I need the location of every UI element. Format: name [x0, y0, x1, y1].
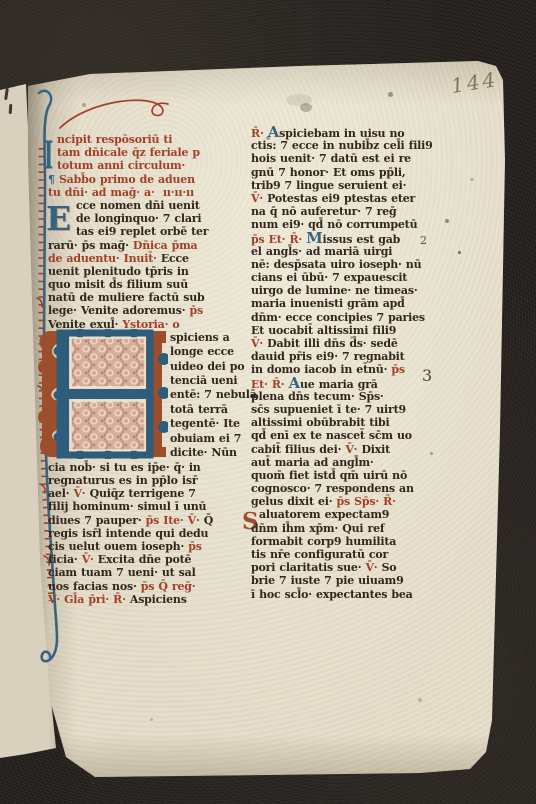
text-segment: diues 7 pauper· [48, 514, 146, 527]
text-segment: Aspiciens [130, 593, 187, 606]
text-line: de aduentu· Inuit̄· Ecce [48, 252, 246, 265]
text-segment: ael· [48, 487, 73, 500]
text-line: totum anni circulum· [48, 159, 246, 172]
pen-swash [56, 88, 206, 132]
text-segment: totā terrā [170, 403, 228, 416]
text-line: cis uelut ouem ioseph· p̄s [48, 540, 246, 553]
initial-row: spiciens alonge ecceuideo dei potenciā u… [48, 331, 246, 461]
text-line: plena dn̄s tecum· Sp̄s· [251, 390, 447, 403]
text-line: regnaturus es in pp̄lo isr̄ [48, 474, 246, 487]
text-line: dn̄m ih̄m xp̄m· Qui ref [251, 522, 447, 535]
text-line: gelus dixit ei· p̄s Sp̄s· R̄· [251, 495, 447, 508]
text-line: formabit corp9 humilita [251, 535, 447, 548]
text-line: nē: desp̄sata uiro ioseph· nū [251, 258, 447, 271]
text-segment: uenit plenitudo tp̄ris in [48, 265, 189, 278]
text-line: ¶ Sabb̄o primo de aduen [48, 173, 246, 186]
text-segment: V̄· [73, 487, 89, 500]
text-segment: uos facias nos· [48, 580, 141, 593]
text-line: longe ecce [170, 345, 257, 359]
text-line: lege· Venite adoremus· p̄s [48, 304, 246, 317]
text-segment: brie 7 iuste 7 pie uiuam9 [251, 574, 404, 587]
text-line: quom̄ fiet istd̄ qm̄ uirū nō [251, 469, 447, 482]
text-segment: So [382, 561, 397, 574]
text-line: dicite· Nūn [170, 446, 257, 460]
text-line: R̄· Aspiciebam in uisu no [251, 126, 447, 139]
text-line: Incipit respōsoriū ti [48, 133, 246, 146]
text-line: totā terrā [170, 403, 257, 417]
rubric-section: Incipit respōsoriū titam dn̄icale q̄z fe… [48, 133, 246, 199]
text-segment: dn̄m ih̄m xp̄m· Qui ref [251, 522, 384, 535]
text-segment: regnaturus es in pp̄lo isr̄ [48, 474, 197, 487]
text-segment: Venite exul̄· [48, 318, 122, 331]
text-line: quo misit d̄s filium suū [48, 278, 246, 291]
text-line: p̄s Et· R̄· Missus est gab [251, 232, 447, 245]
text-line: spiciens a [170, 331, 257, 345]
text-segment: V̄· [251, 192, 267, 205]
text-segment: dn̄m· ecce concipies 7 paries [251, 311, 425, 324]
manuscript-photo: A 144 2 3 Incipit respōsoriū titam dn̄ic… [0, 0, 536, 804]
text-segment: uirgo de lumine· ne timeas· [251, 284, 417, 297]
text-line: tis nr̄e configuratū cor [251, 548, 447, 561]
text-line: regis isr̄l intende qui dedu [48, 527, 246, 540]
text-line: gnū 7 honor· Et oms pp̄li, [251, 166, 447, 179]
initial-wrapped-lines: spiciens alonge ecceuideo dei potenciā u… [170, 331, 257, 461]
text-line: Ecce nomen dn̄i uenit [48, 199, 246, 212]
text-segment: V̄· [365, 561, 381, 574]
text-line: Et uocabit̄ altissimi fili9 [251, 324, 447, 337]
text-segment: de longinquo· 7 clari [76, 212, 201, 225]
text-segment: quo misit d̄s filium suū [48, 278, 188, 291]
text-segment: ī hoc scl̄o· expectantes bea [251, 588, 413, 601]
text-segment: cabit̄ filius dei· [251, 443, 345, 456]
text-line: in domo iacob in et̄nū· p̄s [251, 363, 447, 376]
text-segment: maria inuenisti grām apd̄ [251, 297, 405, 310]
text-line: V̄· Potestas ei9 ptestas eter [251, 192, 447, 205]
text-line: uos facias nos· p̄s Q̄ reḡ· [48, 580, 246, 593]
text-segment: rarū· p̄s maḡ· [48, 239, 133, 252]
text-line: cabit̄ filius dei· V̄· Dixit [251, 443, 447, 456]
text-line: de longinquo· 7 clari [48, 212, 246, 225]
text-segment: nē: desp̄sata uiro ioseph· nū [251, 258, 421, 271]
text-line: pori claritatis sue· V̄· So [251, 561, 447, 574]
text-line: V̄· Dabit illi dn̄s d̄s· sedē [251, 337, 447, 350]
text-segment: p̄s Et· R̄· [251, 233, 306, 246]
text-line: cians ei ūbū· 7 expauescit [251, 271, 447, 284]
text-segment: aluatorem expectam9 [259, 508, 389, 521]
text-segment: formabit corp9 humilita [251, 535, 396, 548]
text-segment: tis nr̄e configuratū cor [251, 548, 388, 561]
text-segment: tas ei9 replet orbē ter [76, 225, 208, 238]
text-line: brie 7 iuste 7 pie uiuam9 [251, 574, 447, 587]
text-segment: p̄s [188, 540, 201, 553]
text-segment: dicite· Nūn [170, 446, 237, 459]
text-line: ficia· V̄· Excita dn̄e potē [48, 553, 246, 566]
text-segment: sc̄s supueniet ī te· 7 uirt9 [251, 403, 406, 416]
text-line: Et· R̄· Aue maria grā [251, 377, 447, 390]
text-block-1: Ecce nomen dn̄i uenitde longinquo· 7 cla… [48, 199, 246, 331]
text-line: obuiam ei 7 [170, 432, 257, 446]
text-segment: ficia· [48, 553, 82, 566]
text-segment: el angl̄s· ad mariā uirgi [251, 245, 392, 258]
text-line: uirgo de lumine· ne timeas· [251, 284, 447, 297]
text-segment: natū de muliere factū sub [48, 291, 205, 304]
text-line: tu dn̄i· ad maḡ· a· ıı·ıı·ıı [48, 186, 246, 199]
text-segment: num ei9· qd̄ nō corrumpetū [251, 218, 417, 231]
text-segment: gnū 7 honor· Et oms pp̄li, [251, 166, 406, 179]
text-line: el angl̄s· ad mariā uirgi [251, 245, 447, 258]
text-segment: tenciā ueni [170, 374, 237, 387]
text-segment: Potestas ei9 ptestas eter [267, 192, 415, 205]
text-segment: V̄· [82, 553, 98, 566]
right-text-column: R̄· Aspiciebam in uisu noctis: 7 ecce in… [251, 126, 447, 601]
text-line: Venite exul̄· Ystoria· o [48, 318, 246, 331]
text-segment: entē: 7 nebulā [170, 388, 257, 401]
text-line: trib9 7 lingue seruient ei· [251, 179, 447, 192]
text-segment: cis uelut ouem ioseph· [48, 540, 188, 553]
text-segment: totum anni circulum· [57, 159, 185, 172]
text-segment: ue maria grā [300, 378, 378, 391]
text-line: diues 7 pauper· p̄s Ite· V̄· Q̄ [48, 514, 246, 527]
right-column-lines: R̄· Aspiciebam in uisu noctis: 7 ecce in… [251, 126, 447, 601]
text-segment: Quiq̄z terrigene 7 [90, 487, 196, 500]
text-line: filij hominum· simul ī unū [48, 500, 246, 513]
text-segment: obuiam ei 7 [170, 432, 241, 445]
text-segment: V̄· [345, 443, 361, 456]
text-line: ciam tuam 7 ueni· ut sal [48, 566, 246, 579]
text-segment: Dixit [361, 443, 390, 456]
text-line: Saluatorem expectam9 [251, 508, 447, 521]
illuminated-initial-letter: A [0, 0, 1, 1]
text-segment: Excita dn̄e potē [98, 553, 191, 566]
text-segment: de aduentu· Inuit̄· [48, 252, 161, 265]
text-segment: Ystoria· o [122, 318, 179, 331]
text-segment: ciam tuam 7 ueni· ut sal [48, 566, 196, 579]
text-line: altissimi obūbrabit tibi [251, 416, 447, 429]
text-line: tam dn̄icale q̄z feriale p [48, 146, 246, 159]
text-line: entē: 7 nebulā [170, 388, 257, 402]
text-line: tegentē· Ite [170, 417, 257, 431]
text-segment: issus est gab [323, 233, 401, 246]
text-segment: p̄s Ite· V̄· [146, 514, 204, 527]
text-segment: ncipit respōsoriū ti [57, 133, 172, 146]
text-segment: in domo iacob in et̄nū· [251, 363, 391, 376]
text-segment: filij hominum· simul ī unū [48, 500, 206, 513]
text-segment: tegentē· Ite [170, 417, 240, 430]
text-segment: cce nomen dn̄i uenit [76, 199, 200, 212]
text-segment: ¶ [48, 173, 59, 186]
initial-spacer [48, 331, 170, 461]
text-segment: Ecce [161, 252, 189, 265]
text-segment: Dn̄ica p̄ma [133, 239, 198, 252]
text-segment: qd̄ enī ex te nascet̄ sc̄m uo [251, 429, 412, 442]
text-segment: p̄s Sp̄s· R̄· [337, 495, 396, 508]
text-segment: p̄s [189, 304, 202, 317]
left-text-column: Incipit respōsoriū titam dn̄icale q̄z fe… [48, 133, 246, 606]
text-line: dn̄m· ecce concipies 7 paries [251, 311, 447, 324]
text-line: ael· V̄· Quiq̄z terrigene 7 [48, 487, 246, 500]
text-segment: cognosco· 7 respondens an [251, 482, 414, 495]
text-segment: lege· Venite adoremus· [48, 304, 189, 317]
text-line: sc̄s supueniet ī te· 7 uirt9 [251, 403, 447, 416]
text-segment: ctis: 7 ecce in nubib̄z cel̄i fili9 [251, 139, 433, 152]
text-line: maria inuenisti grām apd̄ [251, 297, 447, 310]
text-line: natū de muliere factū sub [48, 291, 246, 304]
text-line: qd̄ enī ex te nascet̄ sc̄m uo [251, 429, 447, 442]
text-segment: cia nob̄· si tu es ip̄e· q̄· in [48, 461, 201, 474]
text-line: ī hoc scl̄o· expectantes bea [251, 588, 447, 601]
text-segment: p̄s [391, 363, 404, 376]
text-segment: aut̄ maria ad angl̄m· [251, 456, 374, 469]
text-segment: pori claritatis sue· [251, 561, 365, 574]
text-segment: V̄· [251, 337, 267, 350]
text-segment: tam dn̄icale q̄z feriale p [57, 146, 200, 159]
text-segment: regis isr̄l intende qui dedu [48, 527, 208, 540]
text-segment: Q̄ [204, 514, 213, 527]
text-line: V̄· Gl̄a p̄ri· R̄· Aspiciens [48, 593, 246, 606]
text-segment: Sabb̄o primo de aduen [59, 173, 195, 186]
text-line: rarū· p̄s maḡ· Dn̄ica p̄ma [48, 239, 246, 252]
text-line: uideo dei po [170, 360, 257, 374]
text-segment: uideo dei po [170, 360, 244, 373]
text-segment: Dabit illi dn̄s d̄s· sedē [267, 337, 398, 350]
text-segment: plena dn̄s tecum· Sp̄s· [251, 390, 384, 403]
text-line: na q̄ nō auferetur· 7 reḡ [251, 205, 447, 218]
text-segment: hois uenit· 7 datū est ei re [251, 152, 411, 165]
text-line: tas ei9 replet orbē ter [48, 225, 246, 238]
text-line: cia nob̄· si tu es ip̄e· q̄· in [48, 461, 246, 474]
text-segment: trib9 7 lingue seruient ei· [251, 179, 406, 192]
text-block-2: cia nob̄· si tu es ip̄e· q̄· inregnaturu… [48, 461, 246, 606]
text-segment: spiciens a [170, 331, 230, 344]
text-segment: dauid pr̄is ei9· 7 regnabit [251, 350, 405, 363]
text-segment: ıı·ıı·ıı [155, 186, 194, 199]
text-segment: quom̄ fiet istd̄ qm̄ uirū nō [251, 469, 407, 482]
text-line: dauid pr̄is ei9· 7 regnabit [251, 350, 447, 363]
text-segment: Et· R̄· [251, 378, 289, 391]
text-line: ctis: 7 ecce in nubib̄z cel̄i fili9 [251, 139, 447, 152]
text-segment: na q̄ nō auferetur· 7 reḡ [251, 205, 397, 218]
text-segment: altissimi obūbrabit tibi [251, 416, 390, 429]
text-line: num ei9· qd̄ nō corrumpetū [251, 218, 447, 231]
text-line: aut̄ maria ad angl̄m· [251, 456, 447, 469]
text-segment: gelus dixit ei· [251, 495, 337, 508]
text-segment: Et uocabit̄ altissimi fili9 [251, 324, 396, 337]
text-segment: V̄· Gl̄a p̄ri· R̄· [48, 593, 130, 606]
text-line: cognosco· 7 respondens an [251, 482, 447, 495]
text-segment: p̄s Q̄ reḡ· [141, 580, 196, 593]
text-segment: tu dn̄i· ad maḡ· a· [48, 186, 155, 199]
text-segment: longe ecce [170, 345, 234, 358]
text-line: hois uenit· 7 datū est ei re [251, 152, 447, 165]
text-line: tenciā ueni [170, 374, 257, 388]
text-line: uenit plenitudo tp̄ris in [48, 265, 246, 278]
text-segment: cians ei ūbū· 7 expauescit [251, 271, 407, 284]
